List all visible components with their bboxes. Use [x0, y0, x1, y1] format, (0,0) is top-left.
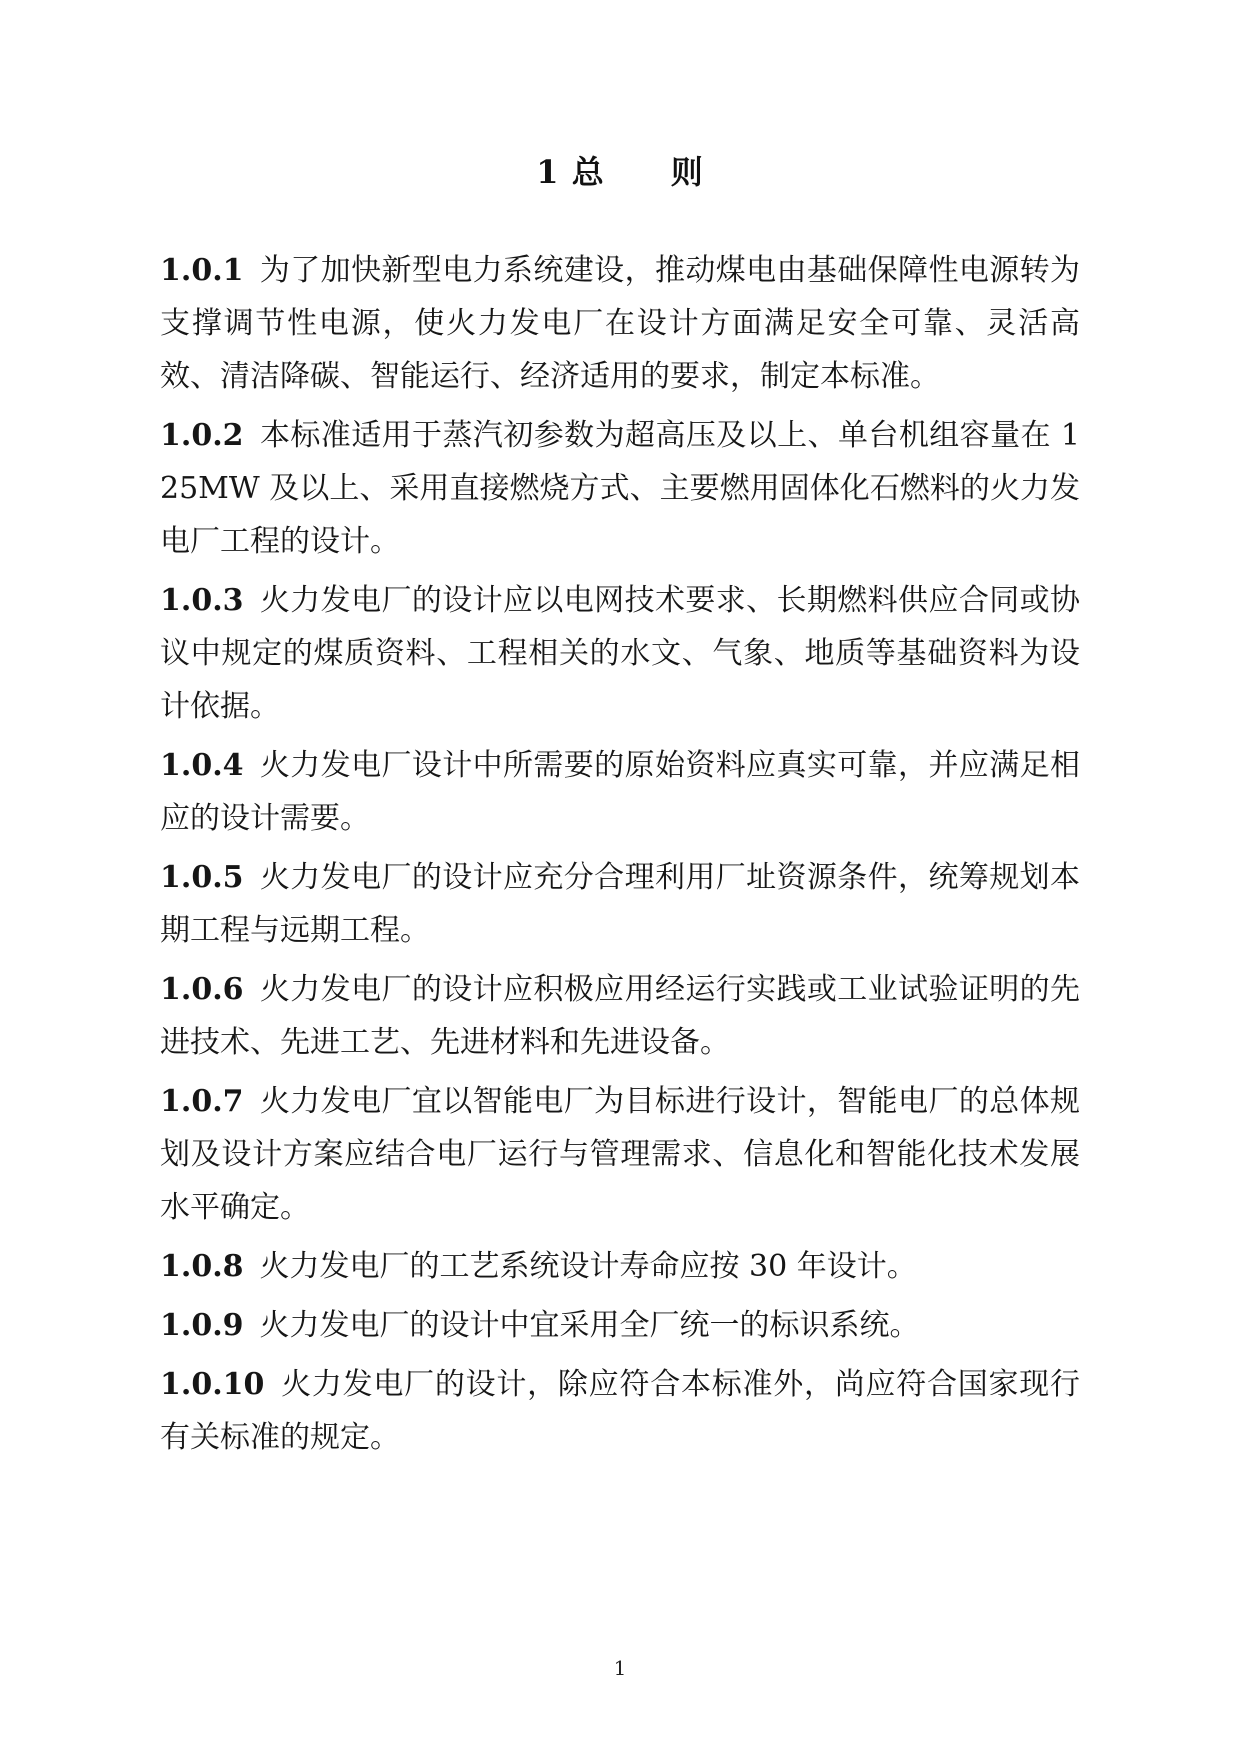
clause-paragraph: 1.0.3火力发电厂的设计应以电网技术要求、长期燃料供应合同或协议中规定的煤质资… [160, 574, 1080, 733]
clause-text: 火力发电厂的设计应积极应用经运行实践或工业试验证明的先进技术、先进工艺、先进材料… [160, 972, 1080, 1060]
clause-text: 火力发电厂的设计应充分合理利用厂址资源条件，统筹规划本期工程与远期工程。 [160, 860, 1080, 948]
clause-text: 火力发电厂的设计应以电网技术要求、长期燃料供应合同或协议中规定的煤质资料、工程相… [160, 583, 1080, 724]
clause-text: 火力发电厂的设计，除应符合本标准外，尚应符合国家现行有关标准的规定。 [160, 1367, 1080, 1455]
page-number: 1 [614, 1656, 627, 1680]
clause-text: 本标准适用于蒸汽初参数为超高压及以上、单台机组容量在 125MW 及以上、采用直… [160, 418, 1080, 559]
clause-paragraph: 1.0.6火力发电厂的设计应积极应用经运行实践或工业试验证明的先进技术、先进工艺… [160, 963, 1080, 1069]
clause-paragraph: 1.0.8火力发电厂的工艺系统设计寿命应按 30 年设计。 [160, 1240, 1080, 1293]
clause-number: 1.0.7 [160, 1084, 244, 1119]
section-title: 1 总 则 [160, 150, 1080, 194]
document-body: 1.0.1为了加快新型电力系统建设，推动煤电由基础保障性电源转为支撑调节性电源，… [160, 244, 1080, 1464]
clause-number: 1.0.4 [160, 748, 244, 783]
clause-text: 为了加快新型电力系统建设，推动煤电由基础保障性电源转为支撑调节性电源，使火力发电… [160, 253, 1080, 394]
clause-number: 1.0.8 [160, 1249, 244, 1284]
clause-number: 1.0.10 [160, 1367, 264, 1402]
clause-text: 火力发电厂宜以智能电厂为目标进行设计，智能电厂的总体规划及设计方案应结合电厂运行… [160, 1084, 1080, 1225]
clause-paragraph: 1.0.7火力发电厂宜以智能电厂为目标进行设计，智能电厂的总体规划及设计方案应结… [160, 1075, 1080, 1234]
clause-text: 火力发电厂的设计中宜采用全厂统一的标识系统。 [260, 1308, 920, 1343]
clause-paragraph: 1.0.4火力发电厂设计中所需要的原始资料应真实可靠，并应满足相应的设计需要。 [160, 739, 1080, 845]
clause-number: 1.0.6 [160, 972, 244, 1007]
clause-paragraph: 1.0.5火力发电厂的设计应充分合理利用厂址资源条件，统筹规划本期工程与远期工程… [160, 851, 1080, 957]
clause-paragraph: 1.0.2本标准适用于蒸汽初参数为超高压及以上、单台机组容量在 125MW 及以… [160, 409, 1080, 568]
clause-number: 1.0.5 [160, 860, 244, 895]
clause-number: 1.0.3 [160, 583, 244, 618]
document-page: 1 总 则 1.0.1为了加快新型电力系统建设，推动煤电由基础保障性电源转为支撑… [0, 0, 1240, 1754]
clause-paragraph: 1.0.10火力发电厂的设计，除应符合本标准外，尚应符合国家现行有关标准的规定。 [160, 1358, 1080, 1464]
clause-number: 1.0.1 [160, 253, 244, 288]
clause-number: 1.0.9 [160, 1308, 244, 1343]
clause-paragraph: 1.0.9火力发电厂的设计中宜采用全厂统一的标识系统。 [160, 1299, 1080, 1352]
clause-text: 火力发电厂的工艺系统设计寿命应按 30 年设计。 [260, 1249, 917, 1284]
clause-number: 1.0.2 [160, 418, 244, 453]
clause-text: 火力发电厂设计中所需要的原始资料应真实可靠，并应满足相应的设计需要。 [160, 748, 1080, 836]
clause-paragraph: 1.0.1为了加快新型电力系统建设，推动煤电由基础保障性电源转为支撑调节性电源，… [160, 244, 1080, 403]
page-footer: 1 [0, 1655, 1240, 1681]
